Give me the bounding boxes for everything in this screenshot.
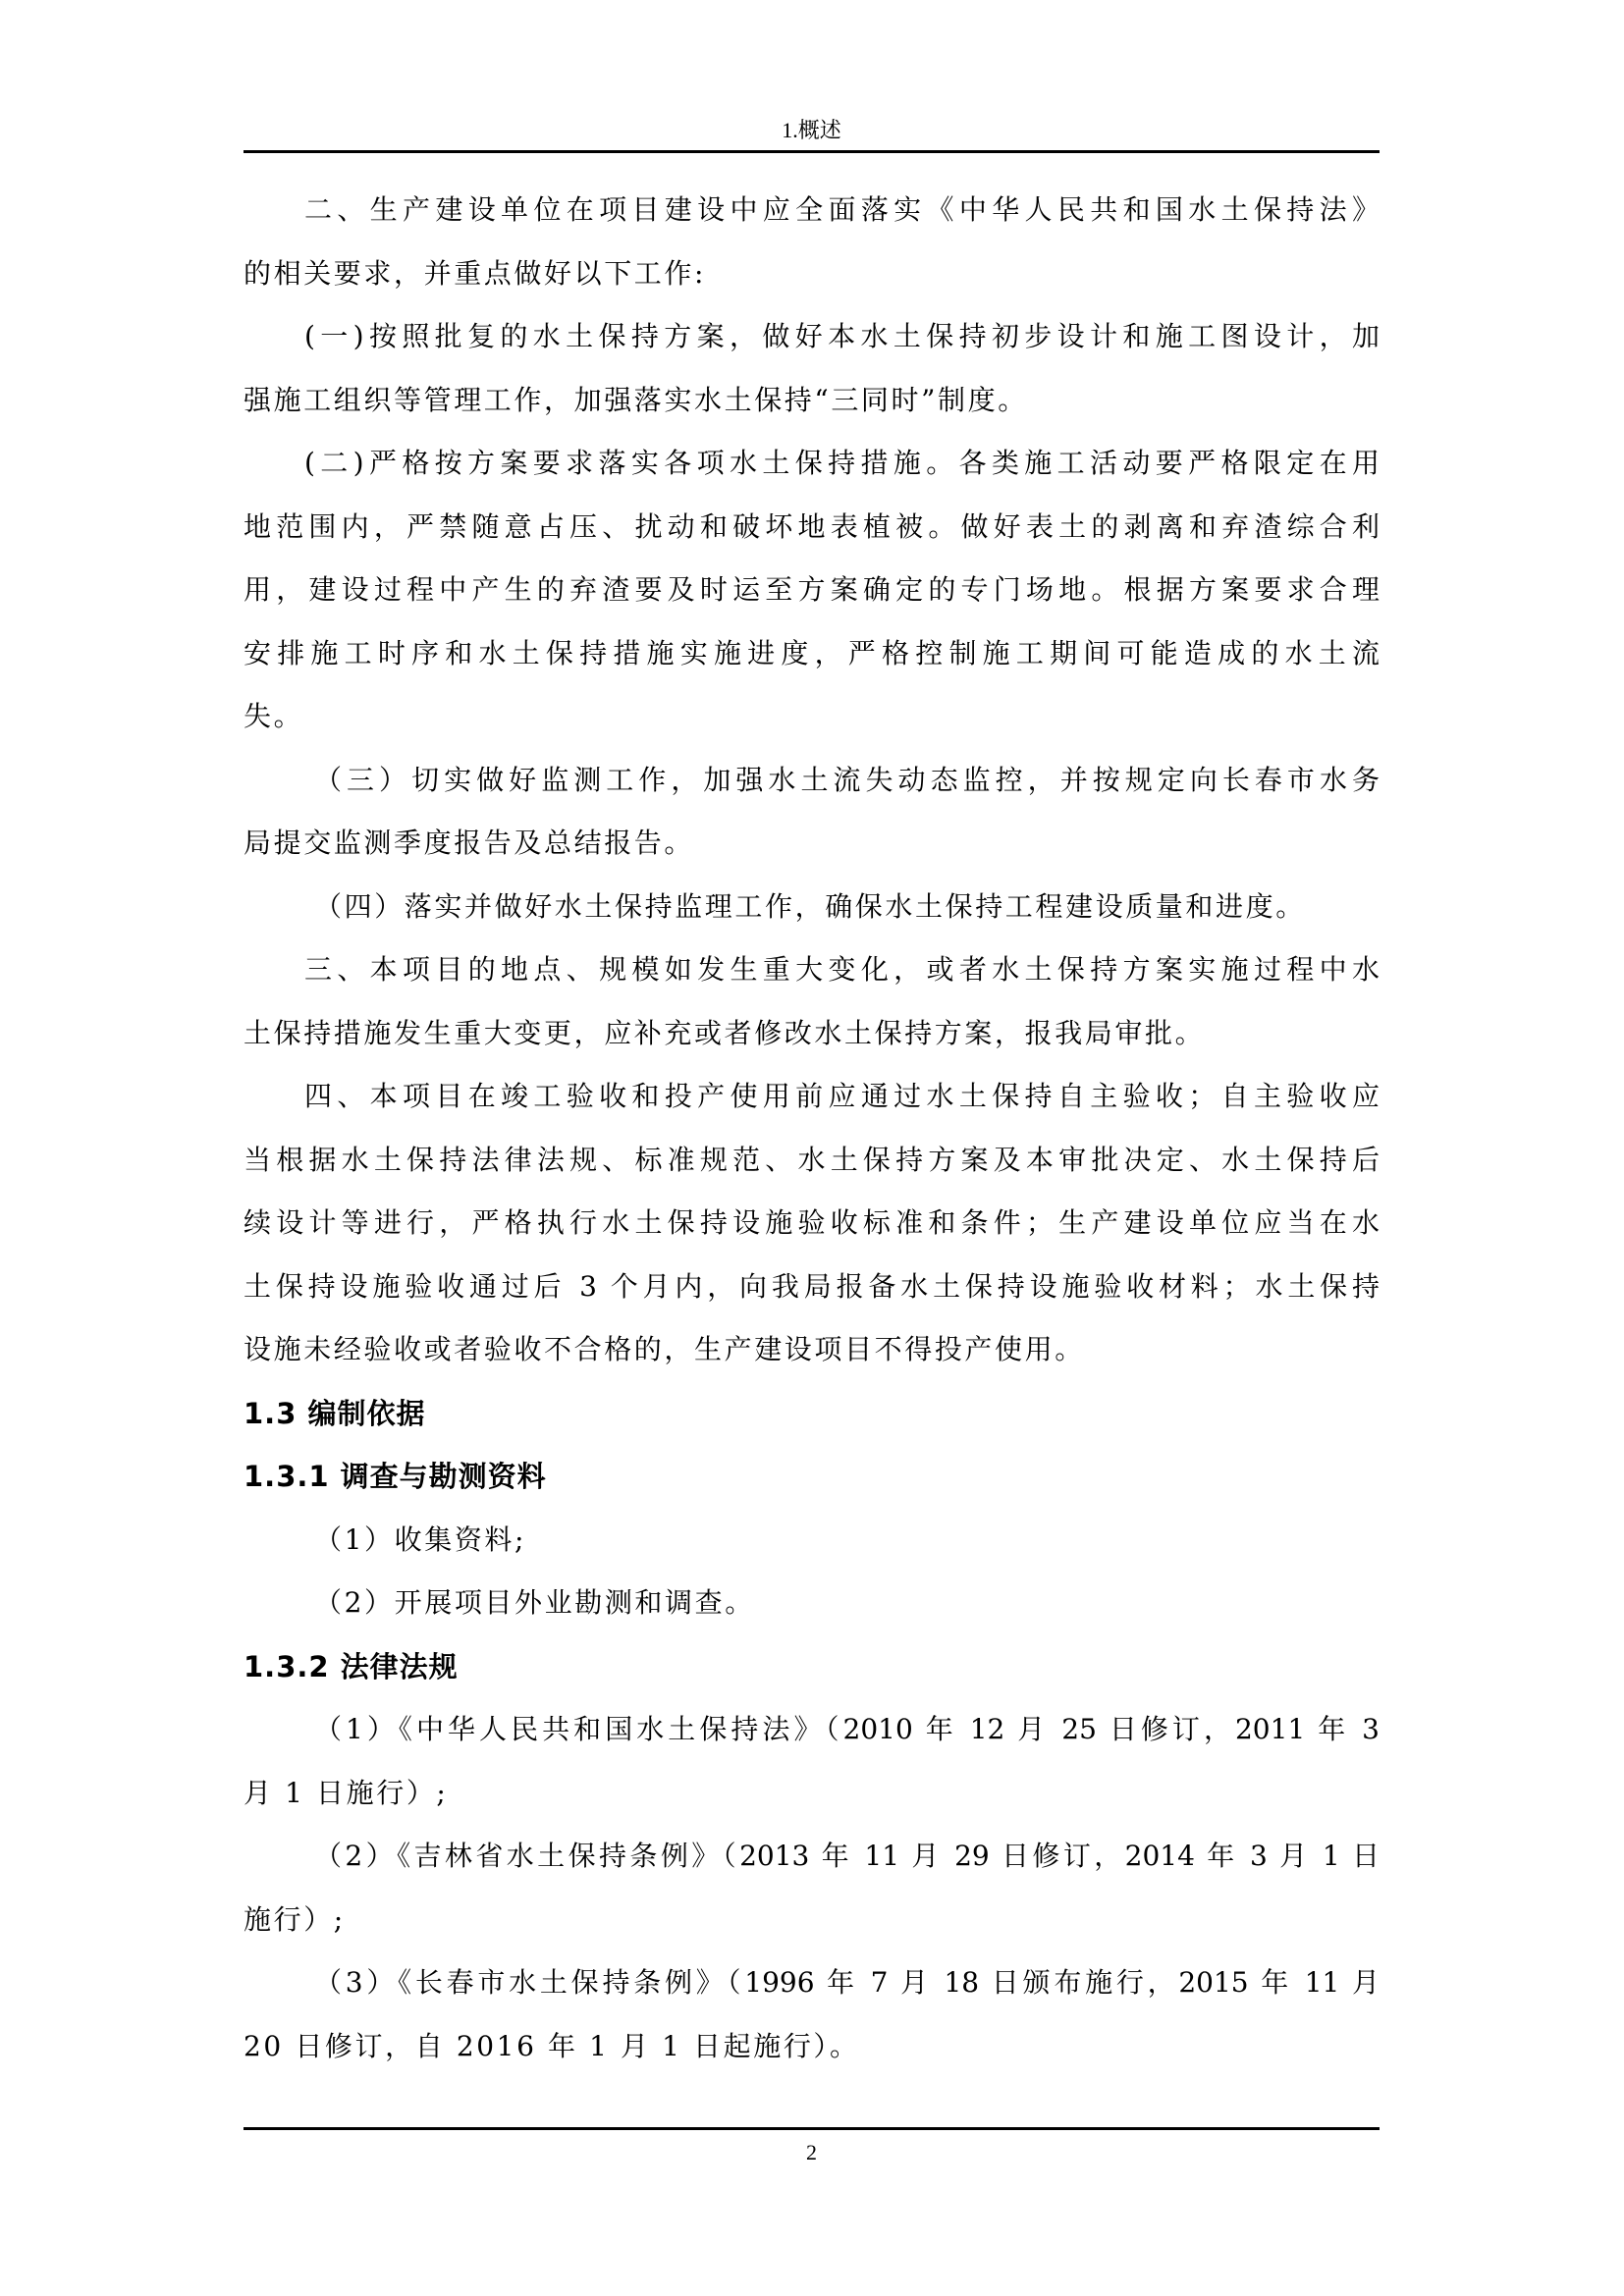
paragraph-line: 设施未经验收或者验收不合格的，生产建设项目不得投产使用。 <box>244 1318 1380 1382</box>
paragraph-line: 用，建设过程中产生的弃渣要及时运至方案确定的专门场地。根据方案要求合理 <box>244 559 1380 622</box>
paragraph-line: 安排施工时序和水土保持措施实施进度，严格控制施工期间可能造成的水土流 <box>244 622 1380 686</box>
paragraph-line: （四）落实并做好水土保持监理工作，确保水土保持工程建设质量和进度。 <box>244 876 1380 939</box>
section-heading-1-3: 1.3 编制依据 <box>244 1382 1380 1446</box>
paragraph-line: 三、本项目的地点、规模如发生重大变化，或者水土保持方案实施过程中水 <box>244 938 1380 1002</box>
regulation-line: （1）《中华人民共和国水土保持法》（2010 年 12 月 25 日修订，201… <box>244 1698 1380 1762</box>
footer-rule <box>244 2127 1380 2130</box>
paragraph-line: (二)严格按方案要求落实各项水土保持措施。各类施工活动要严格限定在用 <box>244 432 1380 496</box>
paragraph-line: 失。 <box>244 685 1380 749</box>
paragraph-line: 的相关要求，并重点做好以下工作: <box>244 242 1380 306</box>
section-heading-1-3-2: 1.3.2 法律法规 <box>244 1635 1380 1699</box>
section-heading-1-3-1: 1.3.1 调查与勘测资料 <box>244 1445 1380 1509</box>
paragraph-line: 续设计等进行，严格执行水土保持设施验收标准和条件；生产建设单位应当在水 <box>244 1192 1380 1255</box>
paragraph-line: 二、生产建设单位在项目建设中应全面落实《中华人民共和国水土保持法》 <box>244 179 1380 242</box>
regulation-line: （2）《吉林省水土保持条例》（2013 年 11 月 29 日修订，2014 年… <box>244 1825 1380 1889</box>
list-item: （1）收集资料; <box>244 1509 1380 1573</box>
paragraph-line: 地范围内，严禁随意占压、扰动和破坏地表植被。做好表土的剥离和弃渣综合利 <box>244 496 1380 560</box>
list-item: （2）开展项目外业勘测和调查。 <box>244 1572 1380 1635</box>
paragraph-line: 土保持设施验收通过后 3 个月内，向我局报备水土保持设施验收材料；水土保持 <box>244 1255 1380 1319</box>
paragraph-line: 当根据水土保持法律法规、标准规范、水土保持方案及本审批决定、水土保持后 <box>244 1129 1380 1193</box>
paragraph-line: 四、本项目在竣工验收和投产使用前应通过水土保持自主验收；自主验收应 <box>244 1065 1380 1129</box>
paragraph-line: 强施工组织等管理工作，加强落实水土保持“三同时”制度。 <box>244 369 1380 433</box>
page-content: 二、生产建设单位在项目建设中应全面落实《中华人民共和国水土保持法》 的相关要求，… <box>244 179 1380 2078</box>
paragraph-line: (一)按照批复的水土保持方案，做好本水土保持初步设计和施工图设计，加 <box>244 305 1380 369</box>
page-number: 2 <box>244 2138 1380 2167</box>
paragraph-line: （三）切实做好监测工作，加强水土流失动态监控，并按规定向长春市水务 <box>244 749 1380 813</box>
regulation-line: 月 1 日施行）; <box>244 1762 1380 1826</box>
regulation-line: 20 日修订，自 2016 年 1 月 1 日起施行）。 <box>244 2015 1380 2079</box>
paragraph-line: 局提交监测季度报告及总结报告。 <box>244 812 1380 876</box>
running-header: 1.概述 <box>244 116 1380 155</box>
paragraph-line: 土保持措施发生重大变更，应补充或者修改水土保持方案，报我局审批。 <box>244 1002 1380 1066</box>
regulation-line: 施行）; <box>244 1889 1380 1952</box>
header-rule <box>244 150 1380 153</box>
regulation-line: （3）《长春市水土保持条例》（1996 年 7 月 18 日颁布施行，2015 … <box>244 1951 1380 2015</box>
